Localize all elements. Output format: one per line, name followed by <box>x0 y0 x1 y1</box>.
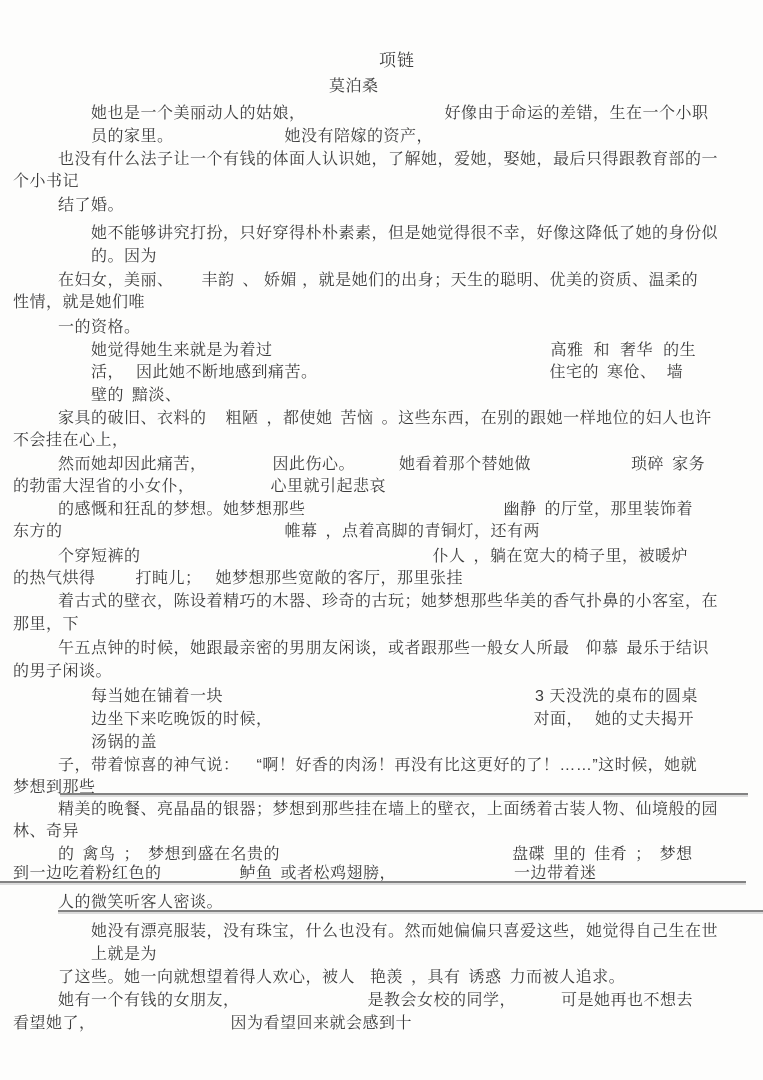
text-line: 上就是为 <box>91 945 157 964</box>
blank-space <box>140 858 148 859</box>
text-segment: 她有一个有钱的女朋友， <box>58 992 240 1009</box>
blank-space <box>570 652 586 653</box>
text-line: 家具的破旧、衣料的粗陋，都使她苦恼。这些东西，在别的跟她一样地位的妇人也许 <box>58 409 712 428</box>
blank-space <box>174 284 202 285</box>
text-segment: 边坐下来吃晚饭的时候， <box>91 711 273 728</box>
text-segment: 在妇女，美丽、 <box>58 272 174 289</box>
blank-space <box>259 422 267 423</box>
text-segment: 高雅 <box>551 342 584 359</box>
blank-space <box>96 1027 231 1028</box>
text-segment: 佳肴 <box>594 846 627 863</box>
blank-space <box>355 468 399 469</box>
text-line: 一的资格。 <box>58 318 141 337</box>
blank-space <box>240 769 257 770</box>
text-line: 她不能够讲究打扮，只好穿得朴朴素素，但是她觉得很不幸，好像这降低了她的身份似 <box>91 224 718 243</box>
text-segment: 的感慨和狂乱的梦想。她梦想那些 <box>58 501 306 518</box>
text-segment: 寒伧、 <box>607 364 657 381</box>
text-segment: 奢华 <box>620 342 653 359</box>
text-segment: 梦想 <box>660 846 693 863</box>
text-line: 的勃雷大涅省的小女仆，心里就引起悲哀 <box>13 477 386 496</box>
blank-space <box>333 422 341 423</box>
text-line: 不会挂在心上， <box>13 431 129 450</box>
text-segment: 员的家里。 <box>91 128 174 145</box>
blank-space <box>223 700 535 701</box>
text-line: 的感慨和狂乱的梦想。她梦想那些幽静的厅堂，那里装饰着 <box>58 500 693 519</box>
text-segment: 禽鸟 <box>83 846 116 863</box>
blank-space <box>273 723 534 724</box>
text-segment: 上就是为 <box>91 946 157 963</box>
text-segment: 那里，下 <box>13 616 79 633</box>
text-segment: 艳羡 <box>370 969 403 986</box>
blank-space <box>374 422 382 423</box>
blank-space <box>657 376 667 377</box>
blank-space <box>235 284 243 285</box>
text-segment: 诱惑 <box>469 969 502 986</box>
text-segment: 3 天没洗的桌布的圆桌 <box>535 688 698 705</box>
text-line: 她没有漂亮服装，没有珠宝，什么也没有。然而她偏偏只喜爱这些，她觉得自己生在世 <box>91 922 718 941</box>
text-segment: 人的微笑听客人密谈。 <box>58 894 223 911</box>
blank-space <box>141 560 433 561</box>
blank-space <box>240 1004 368 1005</box>
blank-space <box>502 981 510 982</box>
text-segment: 盘碟 <box>512 846 545 863</box>
text-segment: 的热气烘得 <box>13 570 96 587</box>
text-segment: 或者松鸡翅膀， <box>281 865 397 882</box>
text-segment: 看望她了， <box>13 1015 96 1032</box>
blank-space <box>207 422 226 423</box>
blank-space <box>306 513 504 514</box>
text-line: 个穿短裤的仆人，躺在宽大的椅子里，被暖炉 <box>58 547 688 566</box>
blank-space <box>318 535 326 536</box>
text-segment: 里的 <box>553 846 586 863</box>
text-segment: ； <box>635 846 652 863</box>
text-segment: 她梦想那些宽敞的客厅，那里张挂 <box>216 570 464 587</box>
text-segment: 汤锅的盖 <box>91 734 157 751</box>
text-segment: 她觉得她生来就是为着过 <box>91 342 273 359</box>
blank-space <box>599 376 607 377</box>
text-segment: 一边带着迷 <box>514 865 597 882</box>
blank-space <box>202 582 216 583</box>
text-segment: ，都使她 <box>267 410 333 427</box>
text-segment: 性情，就是她们唯 <box>13 294 145 311</box>
text-line: 也没有什么法子让一个有钱的体面人认识她，了解她，爱她，娶她，最后只得跟教育部的一 <box>58 150 718 169</box>
text-segment: 可是她再也不想去 <box>561 992 693 1009</box>
blank-space <box>652 858 660 859</box>
text-line: 那里，下 <box>13 615 79 634</box>
blank-space <box>653 354 663 355</box>
blank-space <box>174 140 285 141</box>
text-line: 在妇女，美丽、丰韵、娇媚，就是她们的出身；天生的聪明、优美的资质、温柔的 <box>58 271 698 290</box>
text-segment: 精美的晚餐、亮晶晶的银器；梦想到那些挂在墙上的壁衣，上面绣着古装人物、仙境般的园 <box>58 801 718 818</box>
blank-space <box>96 582 136 583</box>
text-line: 每当她在铺着一块3 天没洗的桌布的圆桌 <box>91 687 698 706</box>
text-segment: 打盹儿； <box>136 570 202 587</box>
blank-space <box>75 858 83 859</box>
text-line: 看望她了，因为看望回来就会感到十 <box>13 1014 412 1033</box>
text-segment: ，具有 <box>411 969 461 986</box>
text-segment: 的男子闲谈。 <box>13 663 112 680</box>
text-line: 东方的帷幕，点着高脚的青铜灯，还有两 <box>13 522 540 541</box>
text-segment: 每当她在铺着一块 <box>91 688 223 705</box>
blank-space <box>116 858 124 859</box>
blank-space <box>516 1004 561 1005</box>
text-segment: 好像由于命运的差错，生在一个小职 <box>445 105 709 122</box>
text-segment: 黯淡、 <box>132 387 182 404</box>
blank-space <box>583 723 595 724</box>
text-segment: 也没有什么法子让一个有钱的体面人认识她，了解她，爱她，娶她，最后只得跟教育部的一 <box>58 151 718 168</box>
text-line: 她有一个有钱的女朋友，是教会女校的同学，可是她再也不想去 <box>58 991 693 1010</box>
text-segment: 帷幕 <box>285 523 318 540</box>
text-line: 性情，就是她们唯 <box>13 293 145 312</box>
text-segment: 家具的破旧、衣料的 <box>58 410 207 427</box>
text-segment: 个小书记 <box>13 173 79 190</box>
text-segment: 然而她却因此痛苦， <box>58 456 207 473</box>
text-line: 了这些。她一向就想望着得人欢心，被人艳羡，具有诱惑力而被人追求。 <box>58 968 625 987</box>
text-segment: 结了婚。 <box>58 197 124 214</box>
blank-space <box>396 877 514 878</box>
text-segment: 鲈鱼 <box>240 865 273 882</box>
text-segment: 最乐于结识 <box>627 640 710 657</box>
text-segment: 她的丈夫揭开 <box>595 711 694 728</box>
text-segment: 梦想到盛在名贵的 <box>148 846 280 863</box>
text-segment: 墙 <box>667 364 684 381</box>
blank-space <box>619 652 627 653</box>
document-title: 项链 <box>379 46 415 71</box>
blank-space <box>306 117 445 118</box>
text-line: 汤锅的盖 <box>91 733 157 752</box>
blank-space <box>124 399 132 400</box>
text-segment: 力而被人追求。 <box>510 969 626 986</box>
text-segment: 一的资格。 <box>58 319 141 336</box>
text-segment: 午五点钟的时候，她跟最亲密的男朋友闲谈，或者跟那些一般女人所最 <box>58 640 570 657</box>
blank-space <box>664 468 672 469</box>
text-segment: 幽静 <box>504 501 537 518</box>
text-line: 的热气烘得打盹儿；她梦想那些宽敞的客厅，那里张挂 <box>13 569 463 588</box>
blank-space <box>537 513 545 514</box>
text-segment: 她没有漂亮服装，没有珠宝，什么也没有。然而她偏偏只喜爱这些，她觉得自己生在世 <box>91 923 718 940</box>
blank-space <box>195 490 271 491</box>
blank-space <box>355 981 370 982</box>
text-segment: 的。因为 <box>91 248 157 265</box>
text-segment: ； <box>124 846 141 863</box>
text-segment: 仰慕 <box>586 640 619 657</box>
text-line: 她觉得她生来就是为着过高雅和奢华的生 <box>91 341 696 360</box>
blank-space <box>610 354 620 355</box>
text-line: 她也是一个美丽动人的姑娘，好像由于命运的差错，生在一个小职 <box>91 104 709 123</box>
text-line: 边坐下来吃晚饭的时候，对面，她的丈夫揭开 <box>91 710 694 729</box>
blank-space <box>124 376 136 377</box>
text-segment: 个穿短裤的 <box>58 548 141 565</box>
text-segment: 林、奇异 <box>13 823 79 840</box>
text-segment: 壁的 <box>91 387 124 404</box>
text-segment: 是教会女校的同学， <box>368 992 517 1009</box>
divider-line <box>0 881 746 883</box>
text-segment: 家务 <box>672 456 705 473</box>
text-segment: 不会挂在心上， <box>13 432 129 449</box>
blank-space <box>531 468 631 469</box>
text-segment: 东方的 <box>13 523 63 540</box>
divider-line <box>58 910 763 912</box>
text-line: 的男子闲谈。 <box>13 662 112 681</box>
text-line: 着古式的壁衣，陈设着精巧的木器、珍奇的古玩；她梦想那些华美的香气扑鼻的小客室，在 <box>58 592 718 611</box>
text-segment: 的 <box>58 846 75 863</box>
document-page: 项链 莫泊桑 她也是一个美丽动人的姑娘，好像由于命运的差错，生在一个小职员的家里… <box>0 0 763 1080</box>
text-segment: 心里就引起悲哀 <box>271 478 387 495</box>
blank-space <box>280 858 512 859</box>
blank-space <box>403 981 411 982</box>
text-segment: 了这些。她一向就想望着得人欢心，被人 <box>58 969 355 986</box>
text-segment: “啊！好香的肉汤！再没有比这更好的了！……”这时候，她就 <box>257 757 698 774</box>
text-segment: 因此她不断地感到痛苦。 <box>136 364 318 381</box>
text-segment: 琐碎 <box>631 456 664 473</box>
text-segment: 娇媚 <box>264 272 297 289</box>
text-line: 林、奇异 <box>13 822 79 841</box>
text-segment: 她不能够讲究打扮，只好穿得朴朴素素，但是她觉得很不幸，好像这降低了她的身份似 <box>91 225 718 242</box>
blank-space <box>318 376 550 377</box>
text-line: 然而她却因此痛苦，因此伤心。她看着那个替她做琐碎家务 <box>58 455 705 474</box>
text-segment: 和 <box>594 342 611 359</box>
text-line: 个小书记 <box>13 172 79 191</box>
text-segment: 住宅的 <box>550 364 600 381</box>
text-line: 子，带着惊喜的神气说：“啊！好香的肉汤！再没有比这更好的了！……”这时候，她就 <box>58 756 697 775</box>
text-segment: 丰韵 <box>202 272 235 289</box>
blank-space <box>584 354 594 355</box>
divider-line <box>60 793 748 795</box>
text-segment: 、 <box>243 272 260 289</box>
text-line: 活，因此她不断地感到痛苦。住宅的寒伧、墙 <box>91 363 683 382</box>
text-line: 精美的晚餐、亮晶晶的银器；梦想到那些挂在墙上的壁衣，上面绣着古装人物、仙境般的园 <box>58 800 718 819</box>
text-segment: 。这些东西，在别的跟她一样地位的妇人也许 <box>382 410 712 427</box>
text-segment: ，躺在宽大的椅子里，被暖炉 <box>474 548 689 565</box>
text-segment: 她看着那个替她做 <box>399 456 531 473</box>
text-segment: 因为看望回来就会感到十 <box>231 1015 413 1032</box>
blank-space <box>466 560 474 561</box>
blank-space <box>545 858 553 859</box>
text-segment: 到一边吃着粉红色的 <box>13 865 162 882</box>
text-segment: 她也是一个美丽动人的姑娘， <box>91 105 306 122</box>
blank-space <box>461 981 469 982</box>
blank-space <box>63 535 285 536</box>
text-segment: 对面， <box>534 711 584 728</box>
text-segment: 着古式的壁衣，陈设着精巧的木器、珍奇的古玩；她梦想那些华美的香气扑鼻的小客室，在 <box>58 593 718 610</box>
blank-space <box>162 877 240 878</box>
text-line: 的禽鸟；梦想到盛在名贵的盘碟里的佳肴；梦想 <box>58 845 693 864</box>
author-name: 莫泊桑 <box>329 73 379 96</box>
blank-space <box>273 877 281 878</box>
text-segment: 的厅堂，那里装饰着 <box>545 501 694 518</box>
blank-space <box>627 858 635 859</box>
text-segment: ，点着高脚的青铜灯，还有两 <box>326 523 541 540</box>
text-segment: 苦恼 <box>341 410 374 427</box>
text-segment: 粗陋 <box>226 410 259 427</box>
text-segment: 她没有陪嫁的资产， <box>285 128 434 145</box>
text-line: 午五点钟的时候，她跟最亲密的男朋友闲谈，或者跟那些一般女人所最仰慕最乐于结识 <box>58 639 709 658</box>
text-segment: 仆人 <box>433 548 466 565</box>
blank-space <box>273 354 551 355</box>
text-segment: 的生 <box>663 342 696 359</box>
text-segment: 活， <box>91 364 124 381</box>
text-segment: 因此伤心。 <box>273 456 356 473</box>
text-line: 的。因为 <box>91 247 157 266</box>
text-line: 壁的黯淡、 <box>91 386 182 405</box>
text-segment: 的勃雷大涅省的小女仆， <box>13 478 195 495</box>
text-segment: ，就是她们的出身；天生的聪明、优美的资质、温柔的 <box>302 272 698 289</box>
blank-space <box>586 858 594 859</box>
text-line: 结了婚。 <box>58 196 124 215</box>
text-line: 员的家里。她没有陪嫁的资产， <box>91 127 433 146</box>
text-segment: 子，带着惊喜的神气说： <box>58 757 240 774</box>
blank-space <box>207 468 273 469</box>
